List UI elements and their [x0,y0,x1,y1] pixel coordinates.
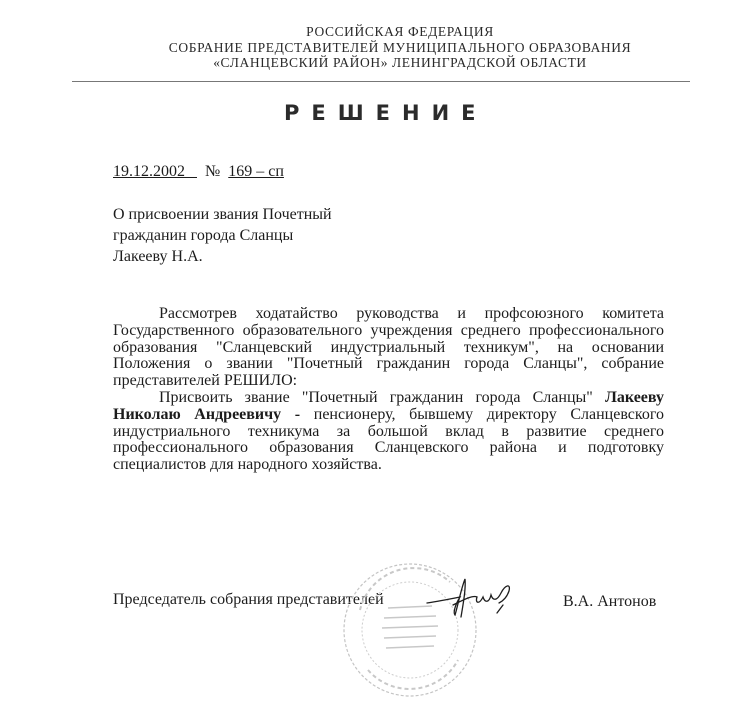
document-subject: О присвоении звания Почетный гражданин г… [113,204,332,267]
subject-line-1: О присвоении звания Почетный [113,204,332,225]
document-header: РОССИЙСКАЯ ФЕДЕРАЦИЯ СОБРАНИЕ ПРЕДСТАВИТ… [0,24,745,71]
body-paragraph-2: Присвоить звание "Почетный гражданин гор… [113,390,664,474]
header-divider [72,81,690,82]
body-paragraph-1: Рассмотрев ходатайство руководства и про… [113,306,664,390]
header-district: «СЛАНЦЕВСКИЙ РАЙОН» ЛЕНИНГРАДСКОЙ ОБЛАСТ… [0,55,745,71]
signatory-name: В.А. Антонов [563,593,656,611]
subject-line-2: гражданин города Сланцы [113,225,332,246]
subject-line-3: Лакееву Н.А. [113,246,332,267]
document-title: РЕШЕНИЕ [284,101,488,125]
signature-icon [425,575,515,620]
document-number-line: 19.12.2002 № 169 – сп [113,163,284,181]
document-date: 19.12.2002 [113,163,185,180]
document-number: 169 – сп [228,163,284,180]
header-assembly: СОБРАНИЕ ПРЕДСТАВИТЕЛЕЙ МУНИЦИПАЛЬНОГО О… [0,40,745,56]
header-country: РОССИЙСКАЯ ФЕДЕРАЦИЯ [0,24,745,40]
number-sign: № [205,163,220,180]
document-body: Рассмотрев ходатайство руководства и про… [113,306,664,474]
